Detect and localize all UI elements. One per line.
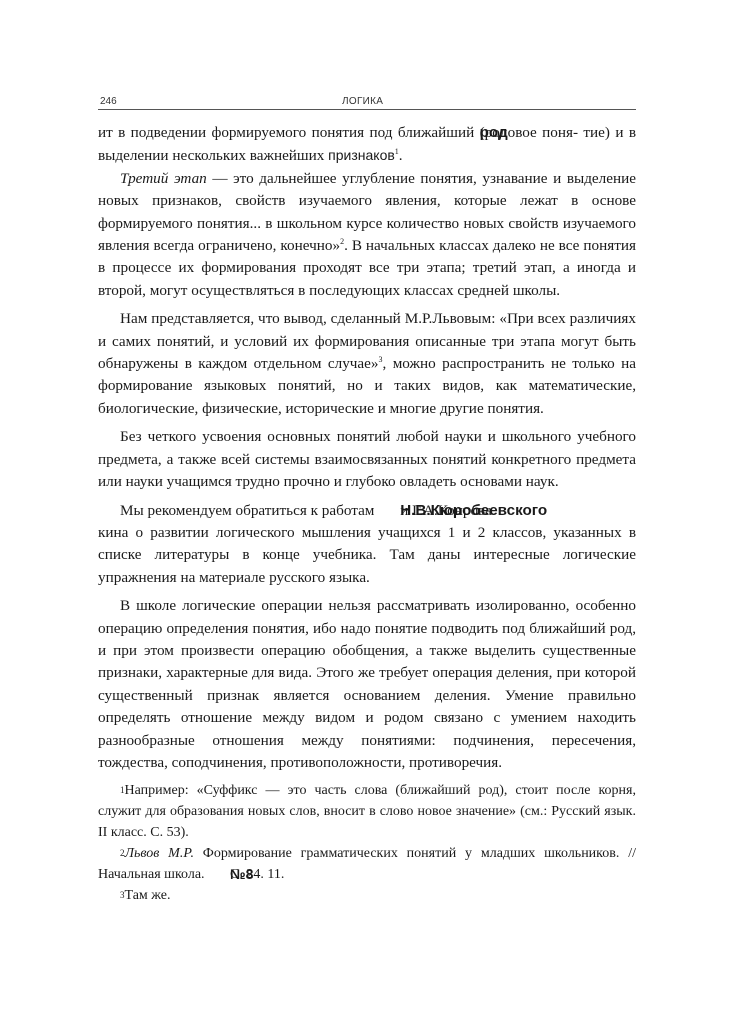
overlapping-text: С№8 [208, 864, 239, 885]
paragraph-3: Нам представляется, что вывод, сделанный… [98, 308, 636, 420]
bold-word: признаков [328, 147, 395, 163]
header-rule [98, 109, 636, 110]
footnote-3: 3Там же. [98, 885, 636, 906]
paragraph-5: Мы рекомендуем обратиться к работам и Г.… [98, 500, 636, 590]
footnote-1: 1Например: «Суффикс — это часть слова (б… [98, 780, 636, 843]
page-number: 246 [100, 96, 117, 107]
paragraph-6: В школе логические операции нельзя рассм… [98, 595, 636, 774]
running-header: 246 ЛОГИКА [98, 96, 636, 112]
italic-lead: Третий этап [120, 170, 207, 187]
main-text: ит в подведении формируемого понятия под… [98, 122, 636, 774]
overlapping-text: и Г.А.КонроваН.В.Кюробеевского [378, 500, 492, 522]
paragraph-1: ит в подведении формируемого понятия под… [98, 122, 636, 168]
paragraph-2: Третий этап — это дальнейшее углубление … [98, 168, 636, 302]
running-title: ЛОГИКА [342, 96, 383, 107]
footnotes: 1Например: «Суффикс — это часть слова (б… [98, 780, 636, 906]
footnote-2: 2Львов М.Р. Формирование грамматических … [98, 843, 636, 885]
overlapping-text: (рород [480, 122, 500, 144]
paragraph-4: Без четкого усвоения основных понятий лю… [98, 426, 636, 493]
book-page: 246 ЛОГИКА ит в подведении формируемого … [98, 96, 636, 906]
